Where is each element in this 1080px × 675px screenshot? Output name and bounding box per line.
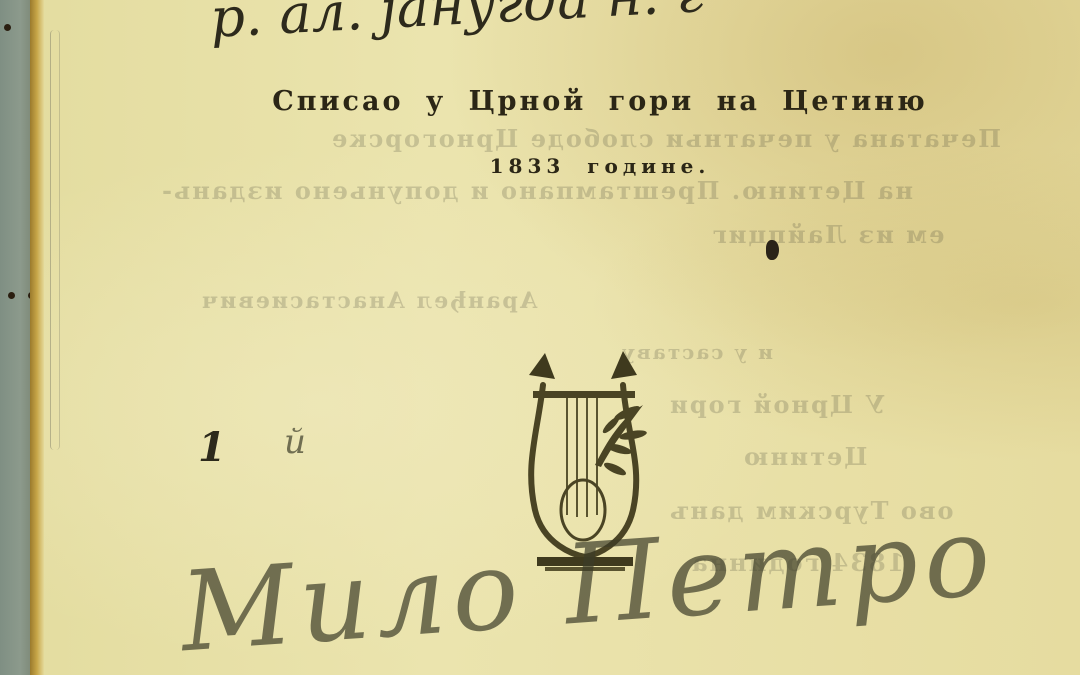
show-through-line: Цетиню	[742, 442, 867, 471]
document-page: Печатана у печатньи слободе Црногорске н…	[0, 0, 1080, 675]
show-through-line: ем из Лайпциг	[710, 220, 944, 249]
handwritten-margin-mark: 1	[198, 424, 226, 471]
binding-hole	[8, 292, 15, 299]
show-through-line: Аранђел Анастасиевич	[200, 288, 538, 314]
handwritten-margin-mark-2: й	[284, 422, 306, 462]
show-through-line: Печатана у печатньи слободе Црногорске	[330, 124, 1001, 153]
title-line-place: Списао у Црной гори на Цетиню	[60, 86, 1080, 117]
page-edge	[30, 0, 44, 675]
show-through-line: на Цетиню. Прештампано и допуньено издан…	[160, 176, 913, 205]
book-spine	[0, 0, 34, 675]
binding-hole	[4, 24, 11, 31]
title-line-year: 1833 године.	[60, 154, 1080, 178]
paper-crease	[50, 30, 60, 450]
show-through-line: У Црной гори	[668, 390, 885, 419]
handwritten-note-top: р. ал. јанугда н. г	[209, 0, 705, 50]
ink-blot	[766, 240, 779, 260]
handwritten-signature: Мило Петро	[177, 492, 1001, 675]
